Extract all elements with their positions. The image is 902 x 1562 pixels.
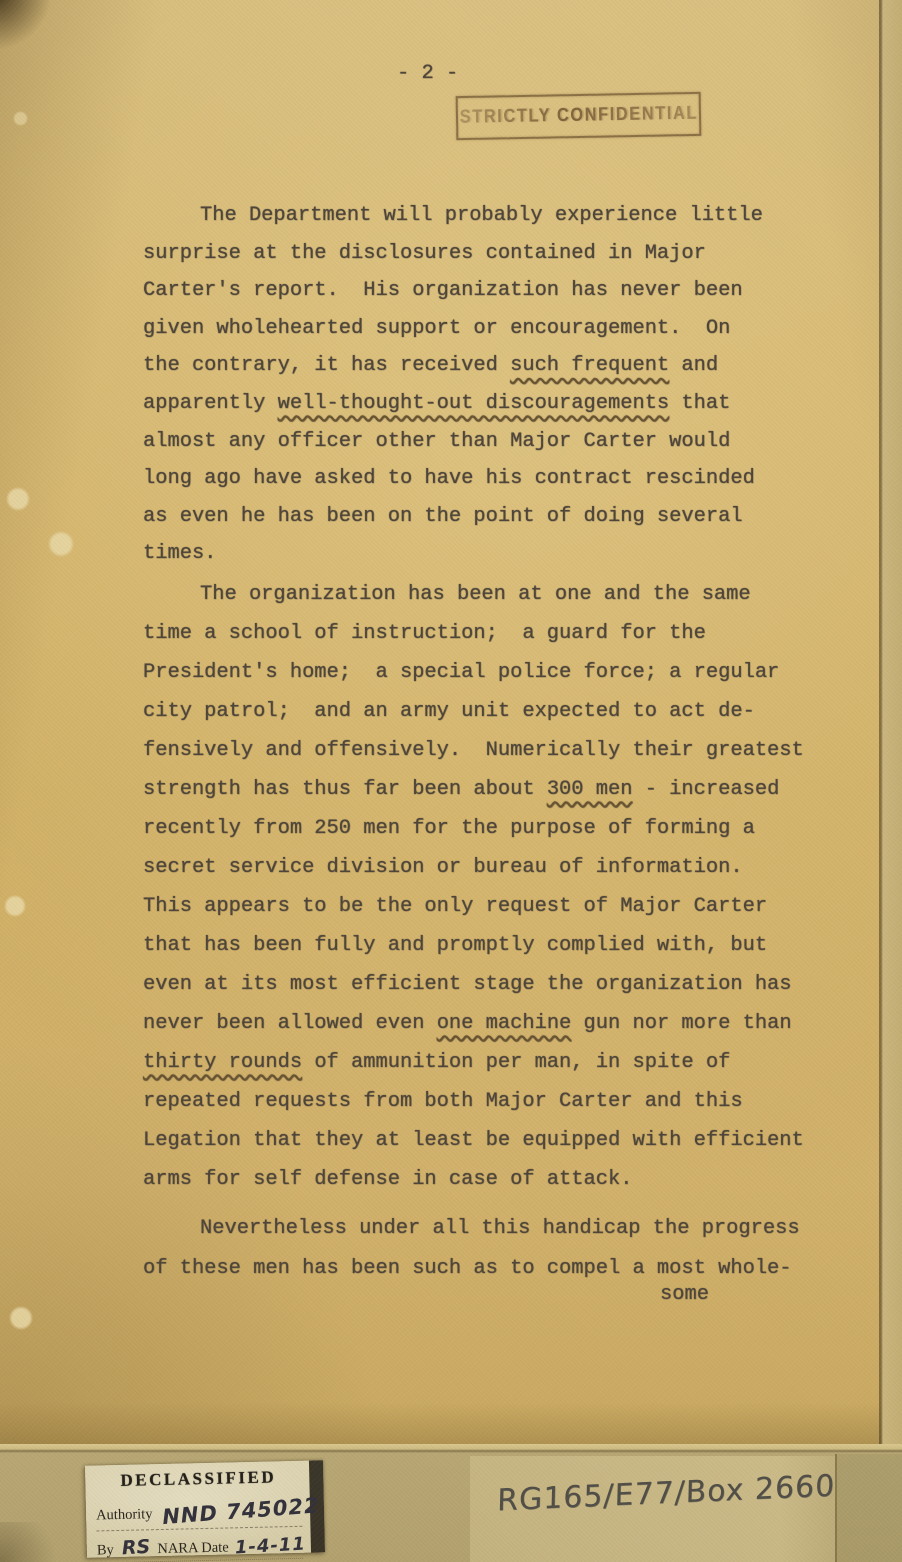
authority-row: Authority NND 745022 (96, 1496, 303, 1532)
typed-line: This appears to be the only request of M… (143, 887, 833, 926)
typed-text: long ago have asked to have his contract… (143, 467, 755, 490)
paragraph-2: The organization has been at one and the… (143, 575, 833, 1199)
punch-hole (4, 895, 26, 917)
date-value-handwriting: 1-4-11 (235, 1533, 307, 1558)
typed-text: given wholehearted support or encouragem… (143, 317, 730, 340)
typed-line: never been allowed even one machine gun … (143, 1004, 833, 1043)
typed-line: President's home; a special police force… (143, 653, 833, 692)
typed-line: surprise at the disclosures contained in… (143, 235, 833, 273)
typed-text: President's home; a special police force… (143, 661, 779, 684)
confidential-stamp-text: STRICTLY CONFIDENTIAL (459, 103, 698, 128)
typed-text: Carter's report. His organization has ne… (143, 279, 743, 302)
typed-line: as even he has been on the point of doin… (143, 498, 833, 536)
typed-line: long ago have asked to have his contract… (143, 460, 833, 498)
typed-line: Nevertheless under all this handicap the… (143, 1209, 833, 1249)
typed-text: gun nor more than (571, 1012, 791, 1035)
typed-text: surprise at the disclosures contained in… (143, 242, 706, 265)
page-number: - 2 - (397, 62, 458, 85)
typed-text: repeated requests from both Major Carter… (143, 1090, 743, 1113)
typed-line: The Department will probably experience … (143, 197, 833, 235)
confidential-stamp: STRICTLY CONFIDENTIAL (456, 92, 702, 140)
underlined-text: thirty rounds (143, 1051, 302, 1074)
punch-hole (6, 487, 30, 511)
underlined-text: 300 men (547, 778, 633, 801)
punch-hole (48, 531, 74, 557)
typed-line: The organization has been at one and the… (143, 575, 833, 614)
paper-right-edge (879, 0, 902, 1444)
typed-line: strength has thus far been about 300 men… (143, 770, 833, 809)
typed-text: secret service division or bureau of inf… (143, 856, 743, 879)
typed-line: times. (143, 535, 833, 573)
typed-text: strength has thus far been about (143, 778, 547, 801)
typed-text: time a school of instruction; a guard fo… (143, 622, 706, 645)
authority-value-handwriting: NND 745022 (162, 1493, 321, 1529)
typed-text: Nevertheless under all this handicap the… (200, 1217, 800, 1240)
typed-text: This appears to be the only request of M… (143, 895, 767, 918)
catchword: some (660, 1283, 709, 1306)
typed-line: recently from 250 men for the purpose of… (143, 809, 833, 848)
typed-text: that (669, 392, 730, 415)
declassified-stamp-label: DECLASSIFIED Authority NND 745022 By RS … (85, 1460, 325, 1557)
typed-text: of these men has been such as to compel … (143, 1257, 792, 1280)
typed-line: repeated requests from both Major Carter… (143, 1082, 833, 1121)
paper-stack-shading (837, 1454, 902, 1562)
typed-line: that has been fully and promptly complie… (143, 926, 833, 965)
typed-line: even at its most efficient stage the org… (143, 965, 833, 1004)
typed-text: times. (143, 542, 216, 565)
typed-line: Carter's report. His organization has ne… (143, 272, 833, 310)
typed-text: never been allowed even (143, 1012, 437, 1035)
typed-line: of these men has been such as to compel … (143, 1249, 833, 1289)
typed-line: Legation that they at least be equipped … (143, 1121, 833, 1160)
by-label: By (97, 1542, 114, 1558)
typed-line: city patrol; and an army unit expected t… (143, 692, 833, 731)
typed-text: and (669, 354, 718, 377)
underlined-text: such frequent (510, 354, 669, 377)
typed-line: arms for self defense in case of attack. (143, 1160, 833, 1199)
paragraph-3: Nevertheless under all this handicap the… (143, 1209, 833, 1289)
typed-text: recently from 250 men for the purpose of… (143, 817, 755, 840)
typed-text: as even he has been on the point of doin… (143, 505, 743, 528)
typed-text: of ammunition per man, in spite of (302, 1051, 730, 1074)
underlined-text: one machine (437, 1012, 572, 1035)
typed-text: almost any officer other than Major Cart… (143, 430, 730, 453)
typed-text: The organization has been at one and the… (200, 583, 751, 606)
typed-line: time a school of instruction; a guard fo… (143, 614, 833, 653)
typed-line: thirty rounds of ammunition per man, in … (143, 1043, 833, 1082)
typed-text: - increased (632, 778, 779, 801)
typed-text: Legation that they at least be equipped … (143, 1129, 804, 1152)
punch-hole (13, 111, 28, 126)
typed-text: that has been fully and promptly complie… (143, 934, 767, 957)
typed-text: arms for self defense in case of attack. (143, 1168, 632, 1191)
typed-text: apparently (143, 392, 278, 415)
typed-line: apparently well-thought-out discourageme… (143, 385, 833, 423)
punch-hole (9, 1306, 33, 1330)
underlined-text: well-thought-out discouragements (278, 392, 670, 415)
typed-text: fensively and offensively. Numerically t… (143, 739, 804, 762)
top-left-corner-shadow (0, 0, 120, 120)
typed-text: even at its most efficient stage the org… (143, 973, 792, 996)
typed-line: the contrary, it has received such frequ… (143, 347, 833, 385)
bottom-left-shadow (0, 1522, 70, 1562)
typed-line: secret service division or bureau of inf… (143, 848, 833, 887)
typed-text: the contrary, it has received (143, 354, 510, 377)
nara-date-label: NARA Date (157, 1539, 229, 1557)
typed-text: city patrol; and an army unit expected t… (143, 700, 755, 723)
typed-line: given wholehearted support or encouragem… (143, 310, 833, 348)
authority-label: Authority (96, 1506, 153, 1523)
typed-line: almost any officer other than Major Cart… (143, 423, 833, 461)
scanned-document-page: - 2 - STRICTLY CONFIDENTIAL The Departme… (0, 0, 902, 1562)
by-initials-handwriting: RS (121, 1536, 151, 1560)
by-row: By RS NARA Date 1-4-11 (97, 1533, 304, 1562)
declassified-title: DECLASSIFIED (95, 1467, 301, 1492)
paragraph-1: The Department will probably experience … (143, 197, 833, 573)
typed-line: fensively and offensively. Numerically t… (143, 731, 833, 770)
typed-text: The Department will probably experience … (200, 204, 763, 227)
